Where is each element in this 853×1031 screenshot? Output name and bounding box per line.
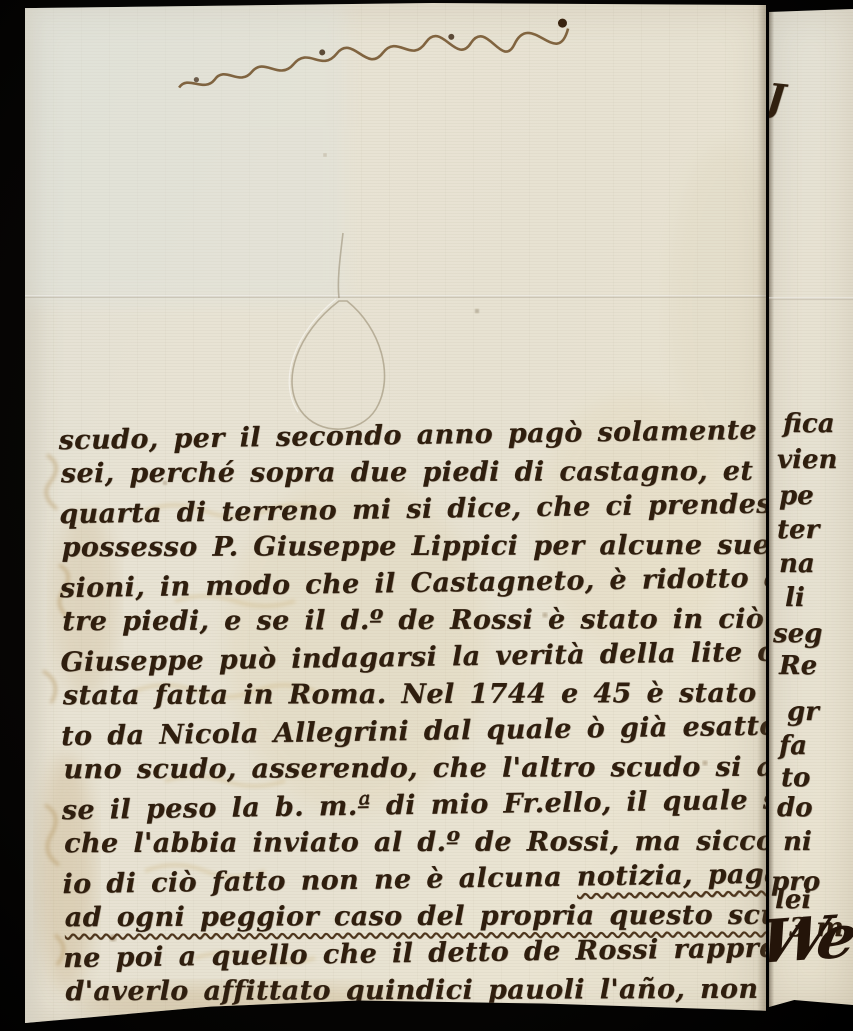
cut-line-fragment: Re — [779, 651, 817, 681]
cut-line-fragment: li — [785, 583, 805, 613]
letter-line: quarta di terreno mi si dice, che ci pre… — [59, 489, 759, 536]
letter-line: stata fatta in Roma. Nel 1744 e 45 è sta… — [63, 678, 763, 717]
letter-line: possesso P. Giuseppe Lippici per alcune … — [61, 530, 761, 569]
letter-line-underlined: ad ogni peggior caso del propria questo … — [65, 900, 765, 939]
cut-line-fragment: gr — [787, 697, 819, 727]
letter-body: scudo, per il secondo anno pagò solament… — [58, 417, 763, 1015]
cut-line-fragment: fica — [783, 409, 835, 439]
signature-flourish: We — [769, 902, 853, 978]
letter-line-underlined: io di ciò fatto non ne è alcuna notizia,… — [62, 859, 762, 906]
letter-line: che l'abbia inviato al d.º de Rossi, ma … — [64, 826, 764, 865]
cut-line-fragment: ter — [777, 515, 819, 545]
ink-mark: J — [769, 74, 787, 121]
letter-line: d'averlo affittato quindici pauoli l'año… — [65, 974, 765, 1013]
cut-line-fragment: vien — [777, 445, 837, 475]
letter-line: scudo, per il secondo anno pagò solament… — [58, 415, 758, 462]
cut-line-fragment: ni — [783, 827, 812, 857]
cut-line-fragment: fa — [779, 731, 807, 761]
cut-line-fragment: do — [777, 793, 813, 823]
cut-line-fragment: pe — [779, 481, 814, 511]
horizontal-fold-crease — [769, 297, 853, 300]
letter-line: se il peso la b. m.ª di mio Fr.ello, il … — [62, 785, 762, 832]
page-left-edge — [25, 3, 47, 1025]
letter-line: to da Nicola Allegrini dal quale ò già e… — [61, 711, 761, 758]
letter-line: sioni, in modo che il Castagneto, è rido… — [60, 563, 760, 610]
cut-line-fragment: na — [779, 549, 815, 579]
cut-line-fragment: seg — [773, 619, 822, 649]
cut-line-fragment: to — [781, 763, 810, 793]
letter-line: uno scudo, asserendo, che l'altro scudo … — [63, 752, 763, 791]
photograph-backdrop: scudo, per il secondo anno pagò solament… — [0, 0, 853, 1031]
letter-page: scudo, per il secondo anno pagò solament… — [25, 3, 766, 1025]
letter-line: sei, perché sopra due piedi di castagno,… — [61, 456, 761, 495]
letter-line: tre piedi, e se il d.º de Rossi è stato … — [62, 604, 762, 643]
adjacent-page-edge: J fica vien pe ter na li seg Re gr fa to… — [769, 9, 853, 1008]
letter-line: ne poi a quello che il detto de Rossi ra… — [63, 933, 763, 980]
letter-line: Giuseppe può indagarsi la verità della l… — [60, 637, 760, 684]
horizontal-fold-crease — [25, 295, 766, 298]
